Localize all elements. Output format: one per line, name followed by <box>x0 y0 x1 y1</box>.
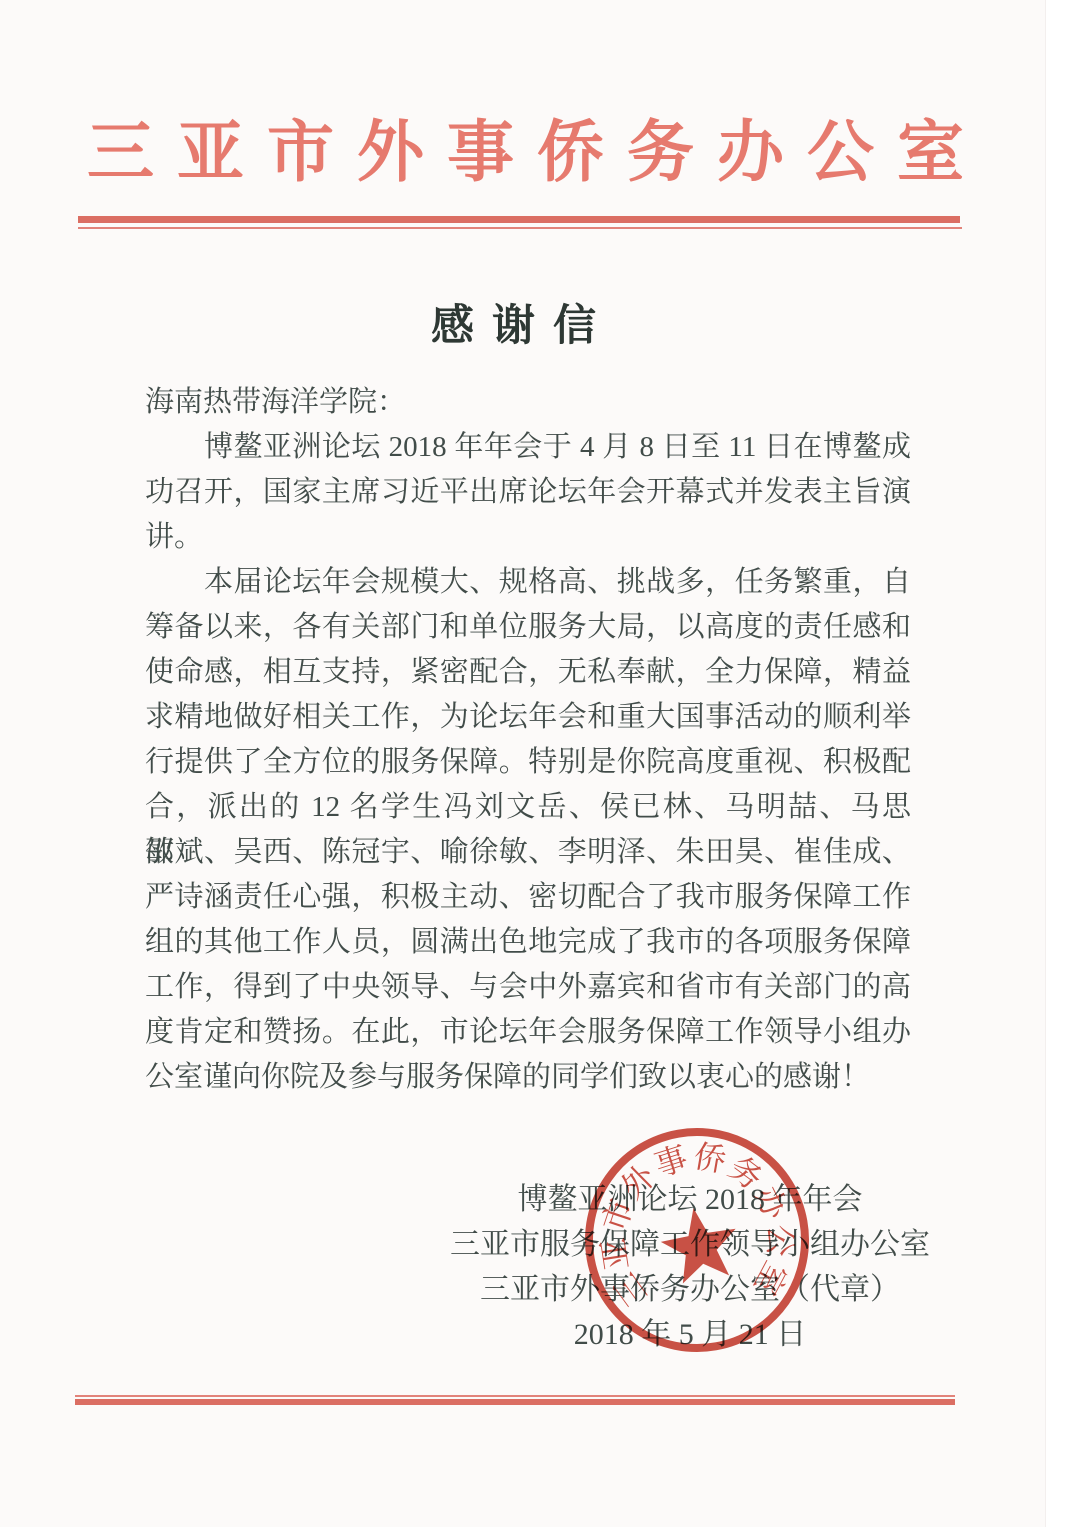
body-line: 严诗涵责任心强，积极主动、密切配合了我市服务保障工作 <box>145 875 911 920</box>
body-line: 合，派出的 12 名学生冯刘文岳、侯已林、马明喆、马思敏、 <box>145 785 911 830</box>
scan-edge <box>1045 0 1080 1527</box>
body-line: 筹备以来，各有关部门和单位服务大局，以高度的责任感和 <box>145 605 911 650</box>
official-seal: 三亚市外事侨务办公室 <box>558 1101 836 1379</box>
letterhead-office-name: 三亚市外事侨务办公室 <box>87 114 982 192</box>
body-line: 求精地做好相关工作，为论坛年会和重大国事活动的顺利举 <box>145 695 911 740</box>
body-line: 公室谨向你院及参与服务保障的同学们致以衷心的感谢！ <box>145 1055 911 1100</box>
footer-rule-thin <box>75 1395 955 1397</box>
body-line: 邵斌、吴西、陈冠宇、喻徐敏、李明泽、朱田昊、崔佳成、 <box>145 830 911 875</box>
salutation: 海南热带海洋学院： <box>145 380 911 425</box>
body-line: 博鳌亚洲论坛 2018 年年会于 4 月 8 日至 11 日在博鳌成 <box>145 425 911 470</box>
body-line: 讲。 <box>145 515 911 560</box>
scanned-letter-page: 三亚市外事侨务办公室 感谢信 海南热带海洋学院： 博鳌亚洲论坛 2018 年年会… <box>0 0 1080 1527</box>
star-icon <box>656 1202 743 1286</box>
document-title: 感谢信 <box>0 292 1045 353</box>
body-line: 行提供了全方位的服务保障。特别是你院高度重视、积极配 <box>145 740 911 785</box>
body-line: 组的其他工作人员，圆满出色地完成了我市的各项服务保障 <box>145 920 911 965</box>
body-line: 使命感，相互支持，紧密配合，无私奉献，全力保障，精益 <box>145 650 911 695</box>
letter-body: 海南热带海洋学院： 博鳌亚洲论坛 2018 年年会于 4 月 8 日至 11 日… <box>145 380 911 1100</box>
footer-rule-thick <box>75 1399 955 1405</box>
body-line: 度肯定和赞扬。在此，市论坛年会服务保障工作领导小组办 <box>145 1010 911 1055</box>
body-line: 功召开，国家主席习近平出席论坛年会开幕式并发表主旨演 <box>145 470 911 515</box>
body-line: 本届论坛年会规模大、规格高、挑战多，任务繁重，自 <box>145 560 911 605</box>
letterhead-rule-thick <box>78 216 960 223</box>
letterhead-rule-thin <box>78 227 962 229</box>
body-line: 工作，得到了中央领导、与会中外嘉宾和省市有关部门的高 <box>145 965 911 1010</box>
